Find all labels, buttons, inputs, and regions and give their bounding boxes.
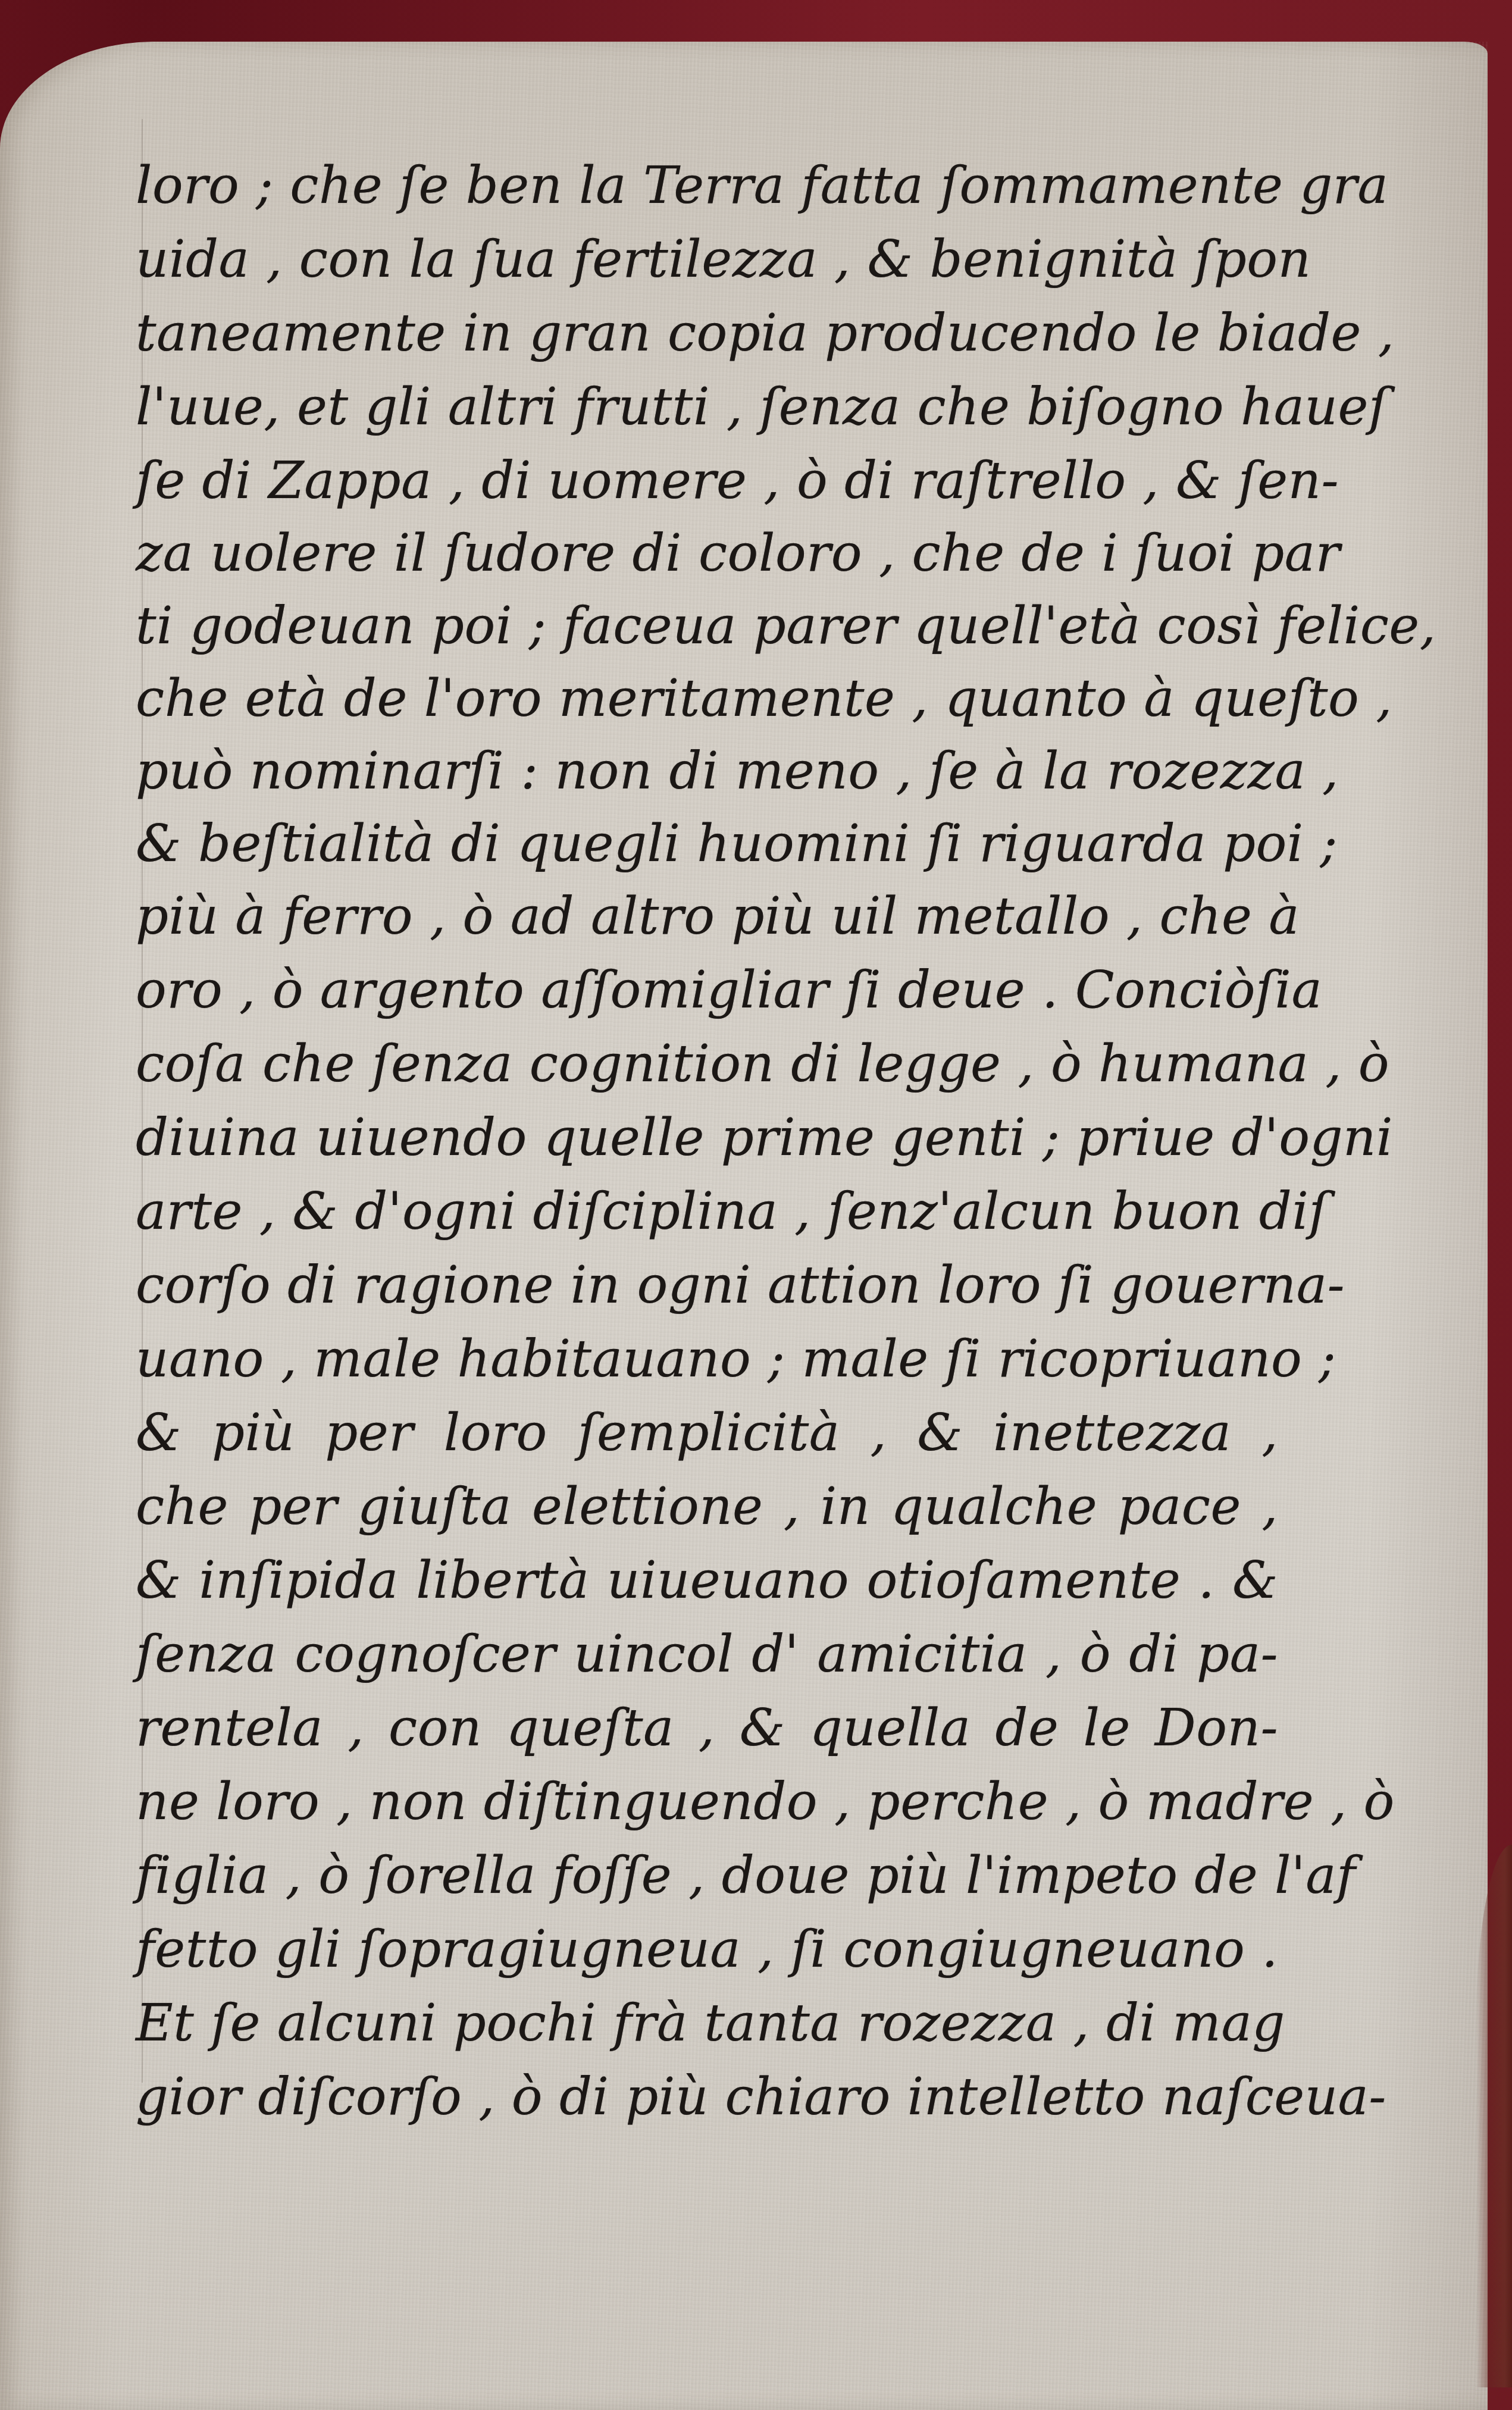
text-line: più à ferro , ò ad altro più uil metallo…: [136, 887, 1278, 946]
text-line: uida , con la ſua fertilezza , & benigni…: [136, 230, 1278, 289]
text-line: figlia , ò ſorella foſſe , doue più l'im…: [136, 1846, 1278, 1905]
text-line: che per giuſta elettione , in qualche pa…: [136, 1477, 1278, 1536]
text-line: ſe di Zappa , di uomere , ò di raſtrello…: [136, 451, 1278, 511]
text-line: & inſipida libertà uiueuano otioſamente …: [136, 1551, 1278, 1610]
text-line: ſenza cognoſcer uincol d' amicitia , ò d…: [136, 1625, 1278, 1684]
text-line: gior diſcorſo , ò di più chiaro intellet…: [136, 2067, 1278, 2127]
text-line: fetto gli ſopragiugneua , ſi congiugneua…: [136, 1920, 1278, 1979]
text-line: & beſtialità di quegli huomini ſi riguar…: [136, 814, 1278, 874]
text-line: za uolere il ſudore di coloro , che de i…: [136, 524, 1278, 583]
text-line: che età de l'oro meritamente , quanto à …: [136, 669, 1278, 728]
text-line: oro , ò argento aſſomigliar ſi deue . Co…: [136, 960, 1278, 1020]
text-line: ne loro , non diſtinguendo , perche , ò …: [136, 1772, 1278, 1832]
text-line: arte , & d'ogni diſciplina , ſenz'alcun …: [136, 1182, 1278, 1241]
page-text: loro ; che ſe ben la Terra fatta ſommame…: [0, 0, 1512, 2387]
text-line: corſo di ragione in ogni attion loro ſi …: [136, 1256, 1278, 1315]
text-line: Et ſe alcuni pochi frà tanta rozezza , d…: [136, 1993, 1278, 2053]
text-line: uano , male habitauano ; male ſi ricopri…: [136, 1329, 1278, 1389]
text-line: diuina uiuendo quelle prime genti ; priu…: [136, 1108, 1278, 1168]
text-line: l'uue, et gli altri frutti , ſenza che b…: [136, 377, 1278, 437]
text-line: può nominarſi : non di meno , ſe à la ro…: [136, 741, 1278, 801]
text-line: coſa che ſenza cognition di legge , ò hu…: [136, 1034, 1278, 1094]
text-line: ti godeuan poi ; faceua parer quell'età …: [136, 596, 1278, 656]
text-line: rentela , con queſta , & quella de le Do…: [136, 1698, 1278, 1758]
text-line: & più per loro ſemplicità , & inettezza …: [136, 1403, 1278, 1463]
text-line: taneamente in gran copia producendo le b…: [136, 303, 1278, 363]
text-line: loro ; che ſe ben la Terra fatta ſommame…: [136, 156, 1278, 215]
